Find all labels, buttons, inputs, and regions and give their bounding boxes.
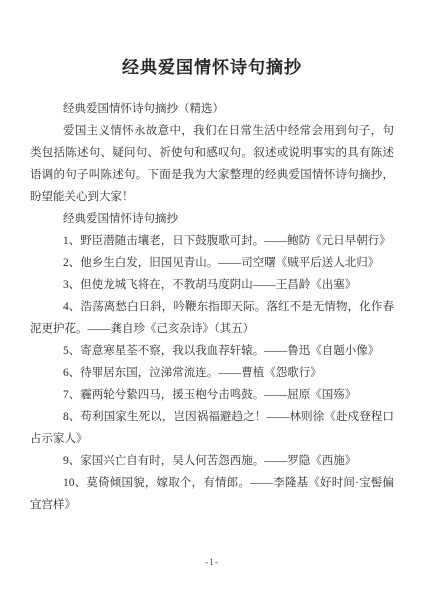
poem-quote-item: 7、霾两轮兮絷四马，援玉枹兮击鸣鼓。——屈原《国殇》: [30, 384, 394, 406]
poem-quote-item: 1、野臣潜随击壤老，日下鼓腹歌可封。——鲍防《元日早朝行》: [30, 230, 394, 252]
document-body: 经典爱国情怀诗句摘抄（精选） 爱国主义情怀永故意中，我们在日常生活中经常会用到句…: [30, 98, 394, 516]
poem-quote-item: 2、他乡生白发，旧国见青山。——司空曙《贼平后送人北归》: [30, 252, 394, 274]
document-title: 经典爱国情怀诗句摘抄: [30, 56, 394, 80]
document-subtitle: 经典爱国情怀诗句摘抄（精选）: [30, 98, 394, 120]
document-page: 经典爱国情怀诗句摘抄 经典爱国情怀诗句摘抄（精选） 爱国主义情怀永故意中，我们在…: [0, 0, 424, 600]
section-heading: 经典爱国情怀诗句摘抄: [30, 208, 394, 230]
poem-quote-item: 10、莫倚倾国貌，嫁取个，有情郎。——李隆基《好时间·宝髻偏宜宫样》: [30, 472, 394, 516]
poem-quote-item: 4、浩荡离愁白日斜，吟鞭东指即天际。落红不是无情物，化作春泥更护花。——龚自珍《…: [30, 296, 394, 340]
poem-quote-item: 5、寄意寒星荃不察，我以我血荐轩辕。——鲁迅《自题小像》: [30, 340, 394, 362]
intro-paragraph: 爱国主义情怀永故意中，我们在日常生活中经常会用到句子，句类包括陈述句、疑问句、祈…: [30, 120, 394, 208]
poem-quote-item: 9、家国兴亡自有时，吴人何苦怨西施。——罗隐《西施》: [30, 450, 394, 472]
page-number: -1-: [0, 558, 424, 568]
poem-quote-item: 3、但使龙城飞将在，不教胡马度阴山——王昌龄《出塞》: [30, 274, 394, 296]
poem-quote-item: 6、待罪居东国，泣涕常流连。——曹植《怨歌行》: [30, 362, 394, 384]
poem-quote-list: 1、野臣潜随击壤老，日下鼓腹歌可封。——鲍防《元日早朝行》2、他乡生白发，旧国见…: [30, 230, 394, 516]
poem-quote-item: 8、苟利国家生死以，岂因祸福避趋之！——林则徐《赴戍登程口占示家人》: [30, 406, 394, 450]
